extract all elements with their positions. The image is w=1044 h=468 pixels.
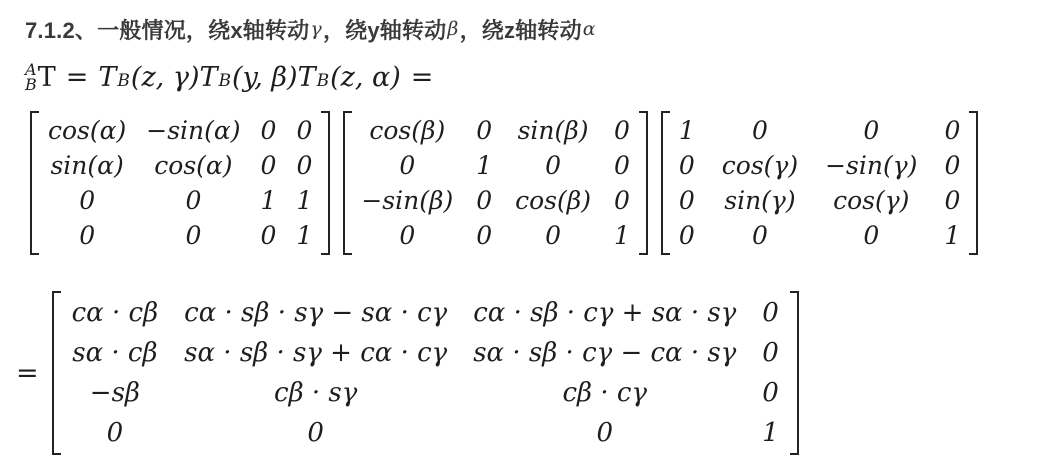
matrix-cell: 0 (261, 218, 277, 253)
left-bracket (343, 111, 352, 255)
matrix-rotation-z-alpha: cos(α)−sin(α)00sin(α)cos(α)0000110001 (30, 111, 330, 255)
matrix-cell: 0 (545, 148, 561, 183)
transform-symbol: T (38, 62, 56, 93)
matrix-cell: cos(γ) (722, 148, 798, 183)
matrix-cell: 0 (399, 148, 415, 183)
matrix-cell: cos(α) (48, 113, 126, 148)
right-bracket (969, 111, 978, 255)
matrix-cell: sα · cβ (72, 333, 157, 373)
left-bracket (52, 291, 61, 455)
matrix-cell: sin(α) (50, 148, 123, 183)
matrix-cell: 0 (679, 148, 695, 183)
right-bracket (639, 111, 648, 255)
right-bracket (790, 291, 799, 455)
matrix-cell: 0 (185, 183, 201, 218)
matrix-cell: sin(β) (518, 113, 589, 148)
section-title: 7.1.2、一般情况，绕x轴转动γ，绕y轴转动β，绕z轴转动α (25, 14, 1044, 45)
transform-equation: ABT = TB(z, γ) TB(y, β) TB(z, α) = (25, 55, 1044, 99)
matrix-cell: 0 (307, 413, 324, 453)
result-line: = cα · cβcα · sβ · sγ − sα · cγcα · sβ ·… (14, 291, 1044, 455)
matrix-cell: −sin(β) (361, 183, 453, 218)
matrix-cell: 0 (476, 218, 492, 253)
matrix-cell: 0 (476, 113, 492, 148)
matrix-grid: 10000cos(γ)−sin(γ)00sin(γ)cos(γ)00001 (673, 111, 966, 255)
matrix-cell: 1 (679, 113, 695, 148)
matrix-cell: 0 (679, 218, 695, 253)
matrix-rotation-x-gamma: 10000cos(γ)−sin(γ)00sin(γ)cos(γ)00001 (661, 111, 978, 255)
matrix-cell: cβ · sγ (274, 373, 357, 413)
matrix-cell: 0 (752, 218, 768, 253)
matrix-cell: sin(γ) (724, 183, 795, 218)
title-text-1: 7.1.2、一般情况，绕x轴转动 (25, 18, 309, 43)
matrix-cell: 0 (944, 148, 960, 183)
matrix-cell: 0 (296, 113, 312, 148)
factor-subscript: B (317, 73, 330, 90)
matrix-cell: 0 (185, 218, 201, 253)
matrix-cell: 0 (762, 373, 779, 413)
matrix-cell: 0 (261, 113, 277, 148)
matrix-grid: cα · cβcα · sβ · sγ − sα · cγcα · sβ · c… (64, 291, 787, 455)
matrix-cell: 1 (614, 218, 630, 253)
right-bracket (321, 111, 330, 255)
title-sup-beta: β (446, 18, 459, 40)
factor-base: T (298, 62, 316, 93)
matrix-cell: cα · sβ · sγ − sα · cγ (184, 293, 447, 333)
matrix-cell: cos(α) (154, 148, 232, 183)
matrix-cell: cos(β) (515, 183, 591, 218)
factor-base: T (200, 62, 218, 93)
factor-subscript: B (117, 73, 130, 90)
matrix-cell: 0 (679, 183, 695, 218)
title-text-3: ，绕z轴转动 (460, 18, 582, 43)
matrix-cell: 0 (545, 218, 561, 253)
matrix-cell: 1 (476, 148, 492, 183)
factor-base: T (98, 62, 116, 93)
matrix-rotation-y-beta: cos(β)0sin(β)00100−sin(β)0cos(β)00001 (343, 111, 648, 255)
matrix-cell: 1 (296, 183, 312, 218)
matrix-cell: cα · sβ · cγ + sα · sγ (473, 293, 736, 333)
matrix-cell: −sin(γ) (825, 148, 917, 183)
left-bracket (30, 111, 39, 255)
matrix-cell: 0 (614, 148, 630, 183)
factor-args: (z, γ) (131, 62, 200, 93)
title-sup-gamma: γ (309, 18, 323, 40)
matrix-cell: cβ · cγ (563, 373, 648, 413)
matrix-cell: 0 (863, 113, 879, 148)
matrix-cell: sα · sβ · sγ + cα · cγ (184, 333, 447, 373)
factor-tz-alpha: TB(z, α) (298, 62, 401, 93)
matrix-cell: 0 (261, 148, 277, 183)
matrix-cell: 0 (944, 183, 960, 218)
matrix-cell: 0 (863, 218, 879, 253)
matrix-cell: 0 (762, 293, 779, 333)
matrix-cell: 0 (79, 218, 95, 253)
matrix-cell: cos(γ) (833, 183, 909, 218)
matrix-cell: 0 (614, 113, 630, 148)
matrix-cell: 0 (944, 113, 960, 148)
factor-ty-beta: TB(y, β) (200, 62, 298, 93)
equals-sign: = (16, 358, 39, 389)
title-sup-alpha: α (582, 18, 597, 40)
factor-args: (z, α) (330, 62, 401, 93)
matrix-grid: cos(α)−sin(α)00sin(α)cos(α)0000110001 (42, 111, 318, 255)
matrix-cell: 0 (762, 333, 779, 373)
prescript-subscript: B (25, 77, 37, 92)
matrix-grid: cos(β)0sin(β)00100−sin(β)0cos(β)00001 (355, 111, 636, 255)
matrix-cell: 1 (296, 218, 312, 253)
matrix-cell: −sin(α) (146, 113, 240, 148)
factor-args: (y, β) (232, 62, 298, 93)
matrix-cell: cos(β) (369, 113, 445, 148)
matrix-cell: 1 (261, 183, 277, 218)
left-bracket (661, 111, 670, 255)
factor-subscript: B (219, 73, 232, 90)
matrix-cell: 0 (752, 113, 768, 148)
factor-tz-gamma: TB(z, γ) (98, 62, 199, 93)
matrix-cell: 0 (614, 183, 630, 218)
matrix-cell: 1 (762, 413, 779, 453)
matrix-cell: 0 (79, 183, 95, 218)
matrix-cell: 0 (399, 218, 415, 253)
matrix-cell: sα · sβ · cγ − cα · sγ (473, 333, 736, 373)
equals-sign: = (66, 62, 89, 93)
matrix-cell: −sβ (90, 373, 140, 413)
title-text-2: ，绕y轴转动 (323, 18, 446, 43)
equals-sign: = (411, 62, 434, 93)
matrix-cell: 0 (296, 148, 312, 183)
matrix-cell: 0 (107, 413, 124, 453)
matrix-result: cα · cβcα · sβ · sγ − sα · cγcα · sβ · c… (52, 291, 799, 455)
matrix-product-line: cos(α)−sin(α)00sin(α)cos(α)0000110001 co… (30, 111, 1044, 255)
matrix-cell: cα · cβ (72, 293, 159, 333)
document-page: 7.1.2、一般情况，绕x轴转动γ，绕y轴转动β，绕z轴转动α ABT = TB… (0, 0, 1044, 455)
matrix-cell: 1 (944, 218, 960, 253)
matrix-cell: 0 (596, 413, 613, 453)
matrix-cell: 0 (476, 183, 492, 218)
prescript-stack: AB (25, 62, 37, 92)
